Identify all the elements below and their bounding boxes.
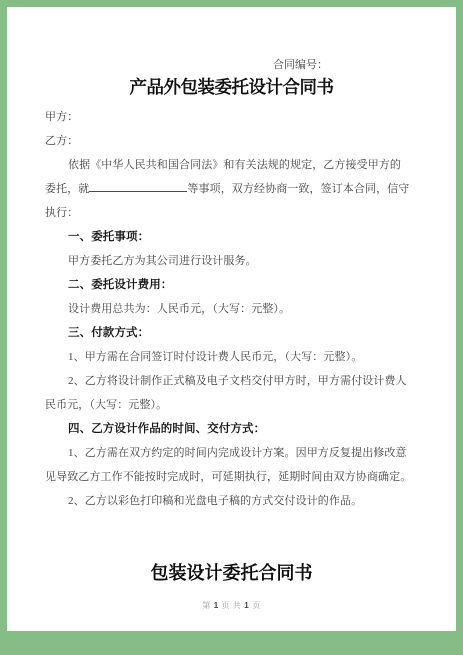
preamble-line: 依据《中华人民共和国合同法》和有关法规的规定，乙方接受甲方的 (45, 153, 429, 177)
section-3-heading: 三、付款方式： (45, 321, 429, 345)
pagination-label: 第 (202, 601, 211, 610)
section-3-item-1: 1、甲方需在合同签订时付设计费人民币元，（大写：元整）。 (45, 345, 429, 369)
preamble-text: 委托，就 (45, 183, 89, 195)
current-page-number: 1 (214, 601, 219, 610)
pagination-label: 共 (233, 601, 242, 610)
total-page-number: 1 (244, 601, 249, 610)
section-4-item-1-cont: 见导致乙方工作不能按时完成时，可延期执行，延期时间由双方协商确定。 (45, 465, 429, 489)
document-title: 产品外包装委托设计合同书 (7, 75, 456, 100)
preamble-text: 等事项，双方经协商一致，签订本合同，信守 (187, 183, 409, 195)
section-2-text: 设计费用总共为：人民币元，（大写：元整）。 (45, 297, 429, 321)
section-3-item-2-cont: 民币元，（大写：元整）。 (45, 393, 429, 417)
footer-document-title: 包装设计委托合同书 (7, 561, 456, 585)
party-b-line: 乙方： (45, 129, 429, 153)
viewer-background: { "colors": { "matte_green": "#86bd86", … (0, 0, 463, 655)
section-1-heading: 一、委托事项： (45, 225, 429, 249)
section-3-item-2: 2、乙方将设计制作正式稿及电子文档交付甲方时，甲方需付设计费人 (45, 369, 429, 393)
contract-number-label: 合同编号： (273, 58, 328, 72)
document-page: 合同编号： 产品外包装委托设计合同书 甲方： 乙方： 依据《中华人民共和国合同法… (7, 7, 456, 631)
section-4-item-2: 2、乙方以彩色打印稿和光盘电子稿的方式交付设计的作品。 (45, 489, 429, 513)
pagination-label: 页 (252, 601, 261, 610)
section-4-heading: 四、乙方设计作品的时间、交付方式： (45, 417, 429, 441)
fill-in-blank-line (89, 181, 187, 192)
section-1-text: 甲方委托乙方为其公司进行设计服务。 (45, 249, 429, 273)
document-body: 甲方： 乙方： 依据《中华人民共和国合同法》和有关法规的规定，乙方接受甲方的 委… (45, 105, 429, 513)
preamble-line-with-blank: 委托，就等事项，双方经协商一致，签订本合同，信守 (45, 177, 429, 201)
section-4-item-1: 1、乙方需在双方约定的时间内完成设计方案。因甲方反复提出修改意 (45, 441, 429, 465)
page-number: 第1页 共1页 (7, 600, 456, 611)
preamble-line: 执行： (45, 201, 429, 225)
section-2-heading: 二、委托设计费用： (45, 273, 429, 297)
pagination-label: 页 (222, 601, 231, 610)
party-a-line: 甲方： (45, 105, 429, 129)
